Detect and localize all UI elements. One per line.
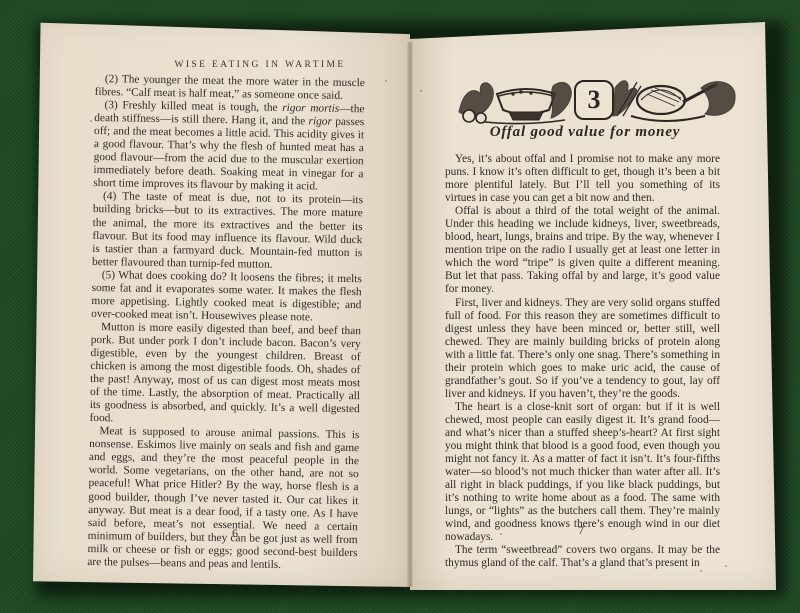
- paragraph: Yes, it’s about offal and I promise not …: [445, 153, 720, 205]
- paragraph-text: (4) The taste of meat is due, not to its…: [92, 191, 363, 271]
- right-page-body: Yes, it’s about offal and I promise not …: [445, 153, 720, 571]
- paragraph-text: Meat is supposed to arouse animal passio…: [87, 425, 359, 570]
- paragraph: (5) What does cooking do? It loosens the…: [91, 269, 362, 325]
- paper-speck: [385, 80, 387, 82]
- paragraph-text: (2) The younger the meat the more water …: [95, 73, 365, 102]
- food-vignette-ornament-icon: 3: [455, 72, 740, 126]
- page-number-left: 6: [232, 526, 238, 541]
- paragraph: The term “sweetbread” covers two organs.…: [445, 544, 720, 570]
- paragraph: (4) The taste of meat is due, not to its…: [92, 190, 363, 273]
- paragraph-text: Mutton is more easily digested than beef…: [89, 321, 361, 425]
- left-page-body: (2) The younger the meat the more water …: [87, 73, 365, 573]
- page-number-right: 7: [578, 523, 584, 538]
- paragraph: Mutton is more easily digested than beef…: [89, 321, 361, 430]
- paragraph: Offal is about a third of the total weig…: [445, 205, 720, 296]
- italic-term: rigor mortis: [282, 102, 339, 115]
- paper-speck: [420, 90, 422, 92]
- paper-speck: [725, 565, 727, 567]
- running-head: WISE EATING IN WARTIME: [120, 60, 400, 70]
- paragraph: First, liver and kidneys. They are very …: [445, 297, 720, 401]
- chapter-number-badge: 3: [574, 80, 614, 120]
- paragraph: Meat is supposed to arouse animal passio…: [87, 425, 359, 573]
- paragraph: (3) Freshly killed meat is tough, the ri…: [93, 99, 364, 195]
- italic-term: rigor: [308, 116, 332, 128]
- chapter-title: Offal good value for money: [440, 124, 730, 141]
- book-gutter: [407, 42, 413, 587]
- paragraph-text: (5) What does cooking do? It loosens the…: [91, 269, 362, 323]
- paper-speck: [90, 120, 92, 122]
